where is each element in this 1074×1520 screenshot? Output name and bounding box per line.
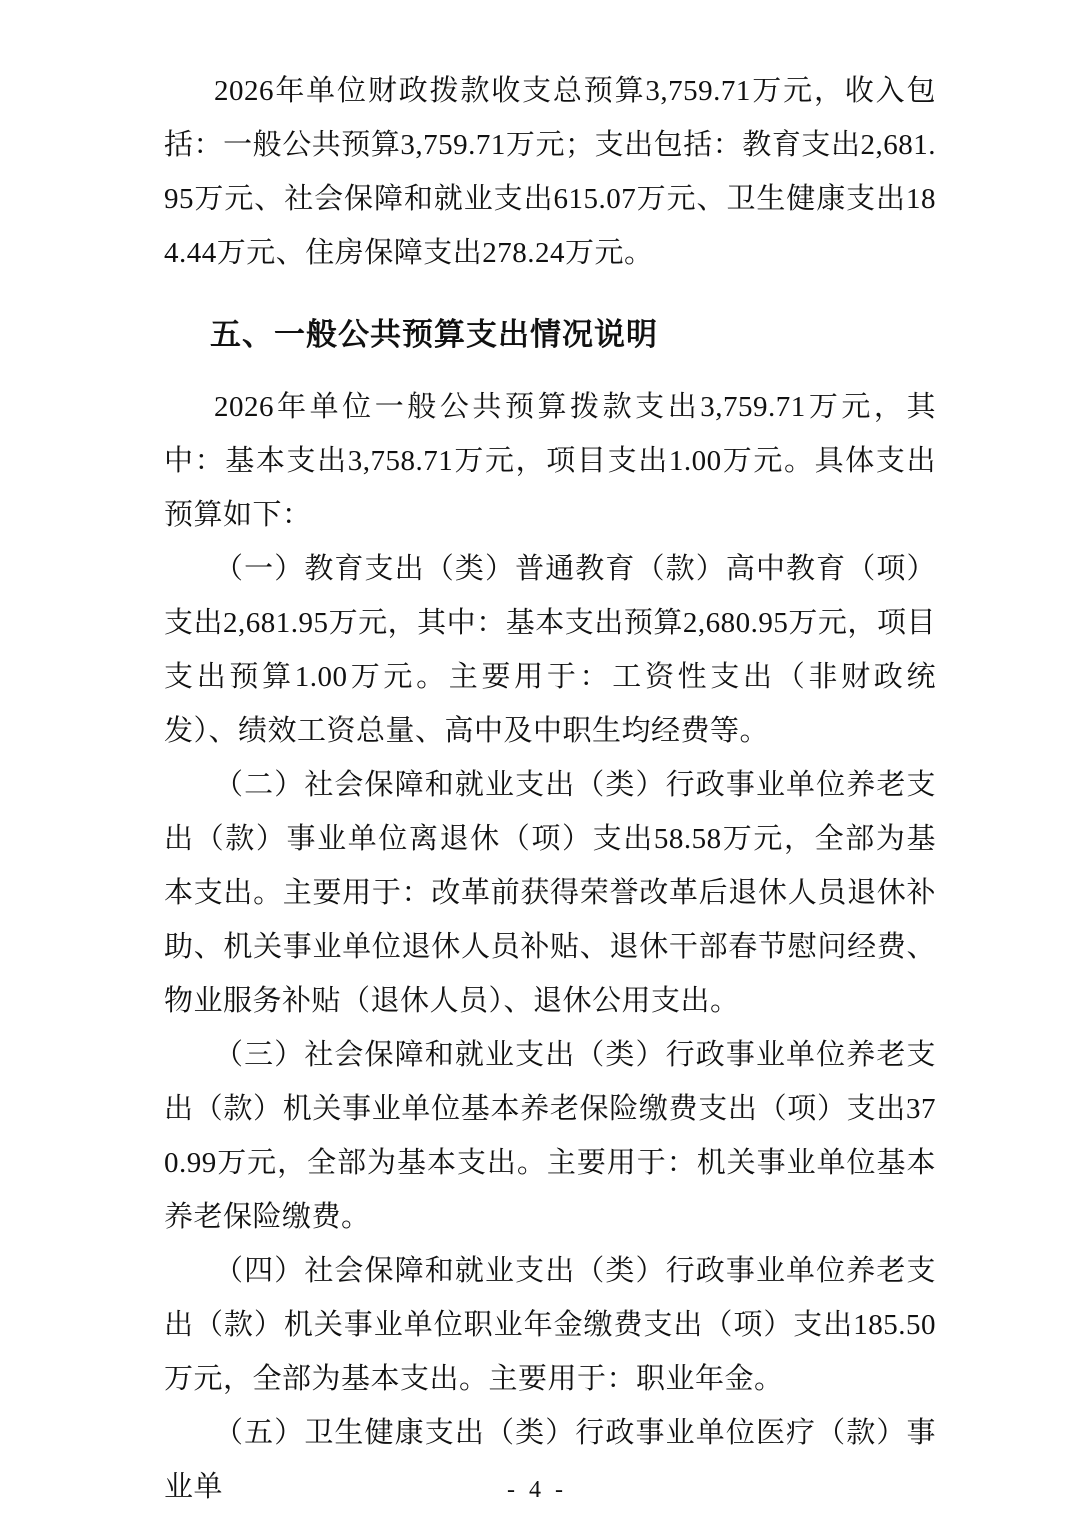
item-3-pension-insurance-paragraph: （三）社会保障和就业支出（类）行政事业单位养老支出（款）机关事业单位基本养老保险… — [164, 1028, 936, 1244]
item-4-occupational-annuity-paragraph: （四）社会保障和就业支出（类）行政事业单位养老支出（款）机关事业单位职业年金缴费… — [164, 1244, 936, 1406]
item-1-education-paragraph: （一）教育支出（类）普通教育（款）高中教育（项）支出2,681.95万元，其中：… — [164, 542, 936, 758]
page-number: - 4 - — [507, 1477, 567, 1503]
item-2-retirement-paragraph: （二）社会保障和就业支出（类）行政事业单位养老支出（款）事业单位离退休（项）支出… — [164, 758, 936, 1028]
intro-paragraph: 2026年单位财政拨款收支总预算3,759.71万元，收入包括：一般公共预算3,… — [164, 64, 936, 280]
page-footer: - 4 - — [0, 1477, 1074, 1504]
document-content: 2026年单位财政拨款收支总预算3,759.71万元，收入包括：一般公共预算3,… — [164, 64, 936, 1514]
section-heading: 五、一般公共预算支出情况说明 — [164, 306, 936, 364]
overview-paragraph: 2026年单位一般公共预算拨款支出3,759.71万元，其中：基本支出3,758… — [164, 380, 936, 542]
document-page: 2026年单位财政拨款收支总预算3,759.71万元，收入包括：一般公共预算3,… — [0, 0, 1074, 1520]
